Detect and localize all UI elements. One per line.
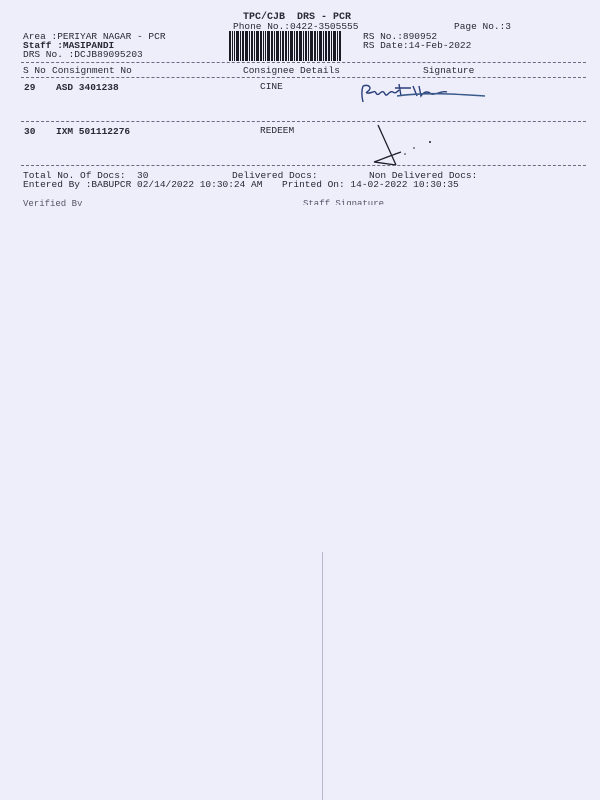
staff-signature-label: Staff Signature [303, 199, 384, 209]
column-header-consignee-details: Consignee Details [243, 66, 340, 76]
rs-date: RS Date:14-Feb-2022 [363, 41, 471, 51]
entered-by: Entered By :BABUPCR 02/14/2022 10:30:24 … [23, 180, 262, 190]
signature-icon [365, 120, 445, 166]
column-header-s-no: S No [23, 66, 46, 76]
consignment-no: IXM 501112276 [56, 127, 130, 137]
divider [21, 62, 586, 63]
s-no: 29 [24, 83, 35, 93]
divider [21, 77, 586, 78]
s-no: 30 [24, 127, 35, 137]
column-header-signature: Signature [423, 66, 474, 76]
consignee-details: CINE [260, 82, 283, 92]
column-header-consignment-no: Consignment No [52, 66, 132, 76]
barcode-icon [229, 31, 355, 61]
printed-on: Printed On: 14-02-2022 10:30:35 [282, 180, 459, 190]
page-number: Page No.:3 [454, 22, 511, 32]
signature-icon [355, 80, 495, 110]
scan-line [322, 552, 323, 800]
verified-by-label: Verified By [23, 199, 82, 209]
divider [21, 165, 586, 166]
consignee-details: REDEEM [260, 126, 294, 136]
consignment-no: ASD 3401238 [56, 83, 119, 93]
divider [21, 121, 586, 122]
drs-number: DRS No. :DCJB89095203 [23, 50, 143, 60]
